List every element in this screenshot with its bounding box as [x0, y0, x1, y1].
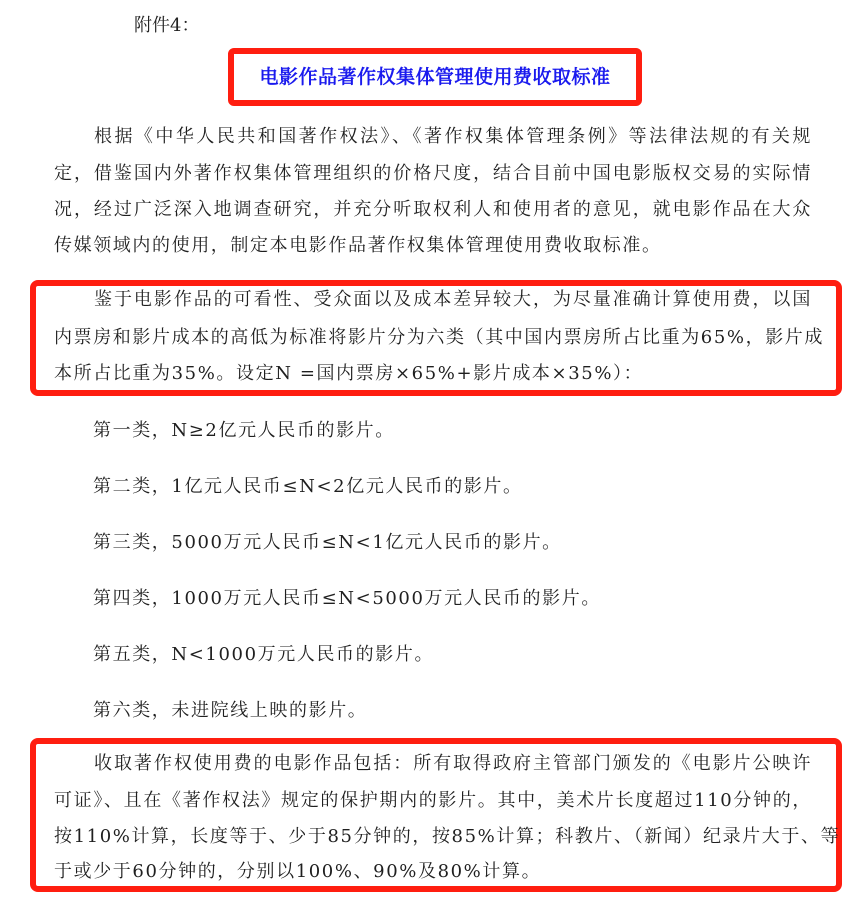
category-item-5: 第五类，N<1000万元人民币的影片。: [93, 643, 434, 667]
paragraph-line: 传媒领域内的使用，制定本电影作品著作权集体管理使用费收取标准。: [54, 234, 662, 258]
paragraph-line: 本所占比重为35%。设定N =国内票房×65%+影片成本×35%）：: [54, 362, 643, 386]
paragraph-line: 定，借鉴国内外著作权集体管理组织的价格尺度，结合目前中国电影版权交易的实际情: [54, 162, 812, 186]
category-item-4: 第四类，1000万元人民币≤N<5000万元人民币的影片。: [93, 587, 601, 611]
category-item-3: 第三类，5000万元人民币≤N<1亿元人民币的影片。: [93, 531, 562, 555]
category-item-2: 第二类，1亿元人民币≤N<2亿元人民币的影片。: [93, 475, 523, 499]
paragraph-line: 根据《中华人民共和国著作权法》、《著作权集体管理条例》等法律法规的有关规: [54, 125, 812, 149]
document-title: 电影作品著作权集体管理使用费收取标准: [234, 64, 636, 90]
paragraph-line: 内票房和影片成本的高低为标准将影片分为六类（其中国内票房所占比重为65%，影片成: [54, 326, 812, 350]
category-item-1: 第一类，N≥2亿元人民币的影片。: [93, 419, 395, 443]
paragraph-line: 收取著作权使用费的电影作品包括：所有取得政府主管部门颁发的《电影片公映许: [54, 752, 812, 776]
category-item-6: 第六类，未进院线上映的影片。: [93, 699, 367, 723]
paragraph-line: 于或少于60分钟的，分别以100%、90%及80%计算。: [54, 860, 541, 884]
title-highlight-box: 电影作品著作权集体管理使用费收取标准: [228, 48, 642, 106]
paragraph-line: 况，经过广泛深入地调查研究，并充分听取权利人和使用者的意见，就电影作品在大众: [54, 198, 812, 222]
paragraph-line: 可证》、且在《著作权法》规定的保护期内的影片。其中，美术片长度超过110分钟的，: [54, 789, 812, 813]
attachment-label: 附件4：: [134, 14, 199, 38]
paragraph-line: 鉴于电影作品的可看性、受众面以及成本差异较大，为尽量准确计算使用费，以国: [54, 288, 812, 312]
paragraph-line: 按110%计算，长度等于、少于85分钟的，按85%计算；科教片、（新闻）纪录片大…: [54, 825, 812, 849]
